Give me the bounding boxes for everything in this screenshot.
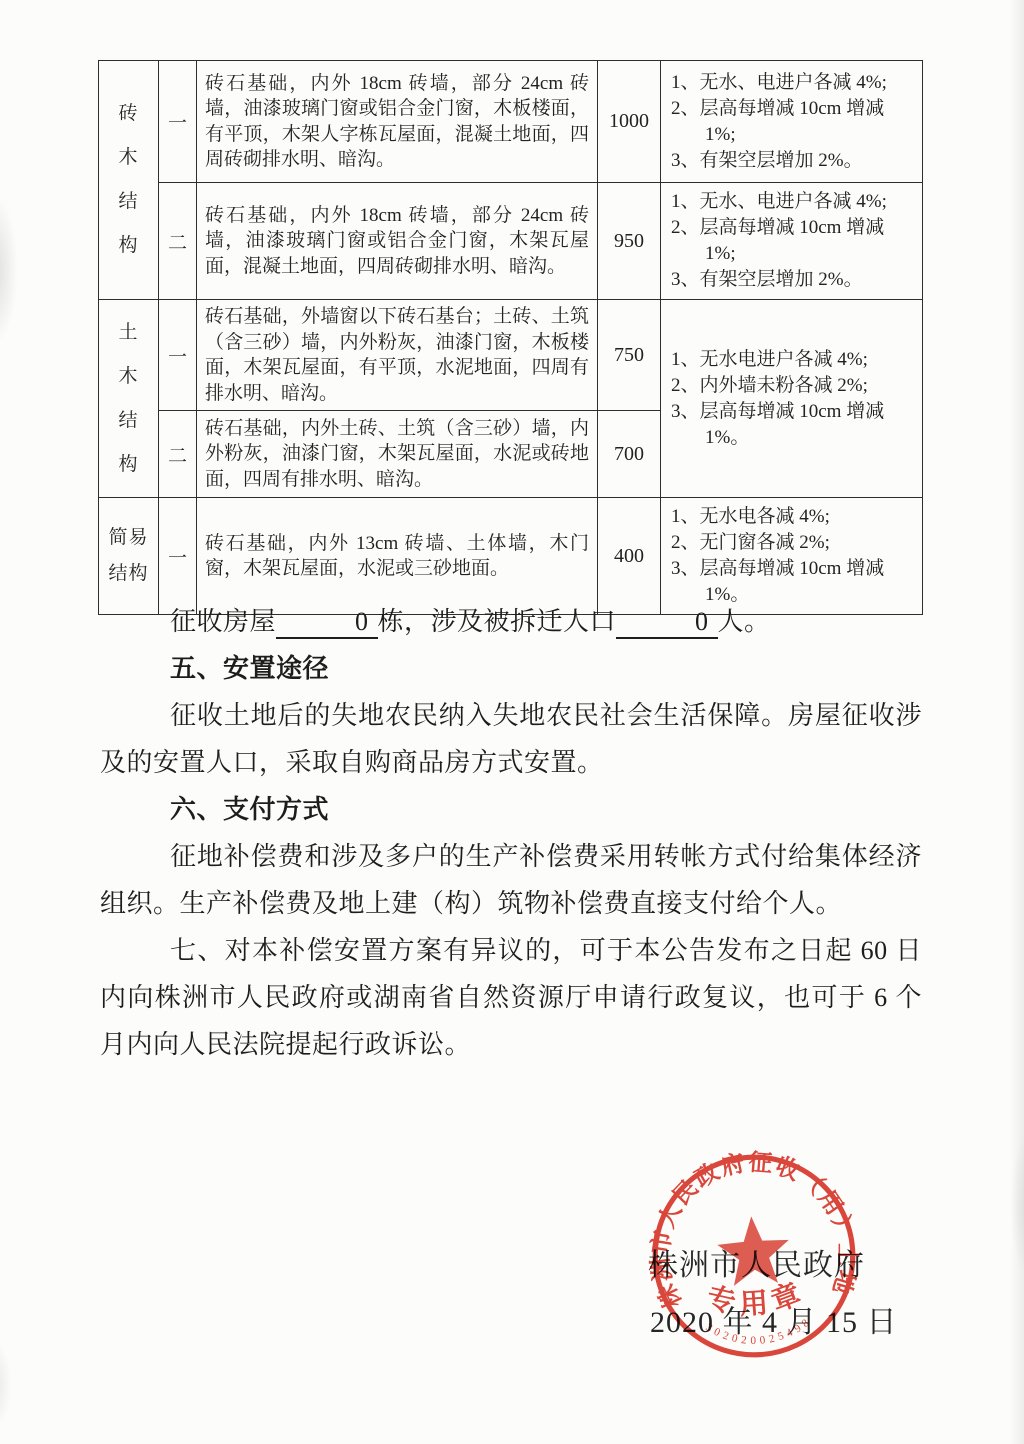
grade-cell: 二 (159, 183, 197, 300)
note-item: 1、无水、电进户各减 4%; (671, 189, 916, 215)
grade-cell: 一 (159, 61, 197, 183)
table-row: 土 木 结 构 一 砖石基础，外墙窗以下砖石基台；土砖、土筑（含三砂）墙，内外粉… (99, 300, 923, 411)
section-6-paragraph: 征地补偿费和涉及多户的生产补偿费采用转帐方式付给集体经济组织。生产补偿费及地上建… (100, 833, 922, 927)
price-cell: 950 (598, 183, 661, 300)
note-item: 3、有架空层增加 2%。 (671, 267, 916, 293)
houses-count: 0 (276, 607, 378, 639)
people-count: 0 (616, 607, 718, 639)
description-cell: 砖石基础，内外 13cm 砖墙、土体墙，木门窗，木架瓦屋面，水泥或三砂地面。 (197, 498, 598, 615)
scan-smudge (1010, 1130, 1024, 1280)
note-item: 2、层高每增减 10cm 增减 1%; (671, 96, 916, 148)
document-body: 征收房屋0栋，涉及被拆迁人口0人。 五、安置途径 征收土地后的失地农民纳入失地农… (100, 598, 922, 1068)
houses-prefix: 征收房屋 (170, 607, 276, 636)
note-item: 3、层高每增减 10cm 增减 1%。 (671, 399, 916, 451)
table-row: 二 砖石基础，内外 18cm 砖墙，部分 24cm 砖墙，油漆玻璃门窗或铝合金门… (99, 183, 923, 300)
category-cell-simple: 简易 结构 (99, 498, 159, 615)
price-cell: 700 (598, 411, 661, 498)
table-row: 砖 木 结 构 一 砖石基础，内外 18cm 砖墙，部分 24cm 砖墙，油漆玻… (99, 61, 923, 183)
description-cell: 砖石基础，内外土砖、土筑（含三砂）墙，内外粉灰，油漆门窗，木架瓦屋面，水泥或砖地… (197, 411, 598, 498)
table-row: 简易 结构 一 砖石基础，内外 13cm 砖墙、土体墙，木门窗，木架瓦屋面，水泥… (99, 498, 923, 615)
note-item: 1、无水电各减 4%; (671, 504, 916, 530)
description-cell: 砖石基础，内外 18cm 砖墙，部分 24cm 砖墙，油漆玻璃门窗或铝合金门窗，… (197, 183, 598, 300)
notes-cell: 1、无水、电进户各减 4%; 2、层高每增减 10cm 增减 1%; 3、有架空… (661, 61, 923, 183)
note-item: 2、层高每增减 10cm 增减 1%; (671, 215, 916, 267)
compensation-standards-table: 砖 木 结 构 一 砖石基础，内外 18cm 砖墙，部分 24cm 砖墙，油漆玻… (98, 60, 923, 615)
note-item: 3、有架空层增加 2%。 (671, 148, 916, 174)
category-cell-brick-wood: 砖 木 结 构 (99, 61, 159, 300)
document-page: 砖 木 结 构 一 砖石基础，内外 18cm 砖墙，部分 24cm 砖墙，油漆玻… (0, 0, 1024, 1444)
price-cell: 1000 (598, 61, 661, 183)
houses-suffix: 人。 (718, 607, 771, 636)
description-cell: 砖石基础，内外 18cm 砖墙，部分 24cm 砖墙，油漆玻璃门窗或铝合金门窗，… (197, 61, 598, 183)
section-6-heading: 六、支付方式 (100, 786, 922, 833)
seal-center-text: 专用章 (701, 1274, 812, 1324)
category-cell-earth-wood: 土 木 结 构 (99, 300, 159, 498)
note-item: 2、内外墙未粉各减 2%; (671, 373, 916, 399)
houses-summary-line: 征收房屋0栋，涉及被拆迁人口0人。 (100, 598, 922, 645)
houses-mid: 栋，涉及被拆迁人口 (378, 607, 617, 636)
note-item: 1、无水、电进户各减 4%; (671, 70, 916, 96)
section-7-paragraph: 七、对本补偿安置方案有异议的，可于本公告发布之日起 60 日内向株洲市人民政府或… (100, 927, 922, 1068)
note-item: 1、无水电进户各减 4%; (671, 347, 916, 373)
price-cell: 750 (598, 300, 661, 411)
seal-star-icon (715, 1214, 791, 1287)
grade-cell: 一 (159, 498, 197, 615)
notes-cell: 1、无水、电进户各减 4%; 2、层高每增减 10cm 增减 1%; 3、有架空… (661, 183, 923, 300)
notes-cell: 1、无水电各减 4%; 2、无门窗各减 2%; 3、层高每增减 10cm 增减 … (661, 498, 923, 615)
description-cell: 砖石基础，外墙窗以下砖石基台；土砖、土筑（含三砂）墙，内外粉灰，油漆门窗，木板楼… (197, 300, 598, 411)
scan-smudge (0, 195, 18, 345)
section-5-paragraph: 征收土地后的失地农民纳入失地农民社会生活保障。房屋征收涉及的安置人口，采取自购商… (100, 692, 922, 786)
grade-cell: 一 (159, 300, 197, 411)
grade-cell: 二 (159, 411, 197, 498)
note-item: 2、无门窗各减 2%; (671, 530, 916, 556)
official-seal: 株洲市人民政府征收（用）土地 专用章 302020025498 (635, 1140, 874, 1371)
price-cell: 400 (598, 498, 661, 615)
section-5-heading: 五、安置途径 (100, 645, 922, 692)
notes-cell: 1、无水电进户各减 4%; 2、内外墙未粉各减 2%; 3、层高每增减 10cm… (661, 300, 923, 498)
scan-smudge (0, 1340, 12, 1430)
scan-edge-shade (1010, 0, 1024, 1444)
